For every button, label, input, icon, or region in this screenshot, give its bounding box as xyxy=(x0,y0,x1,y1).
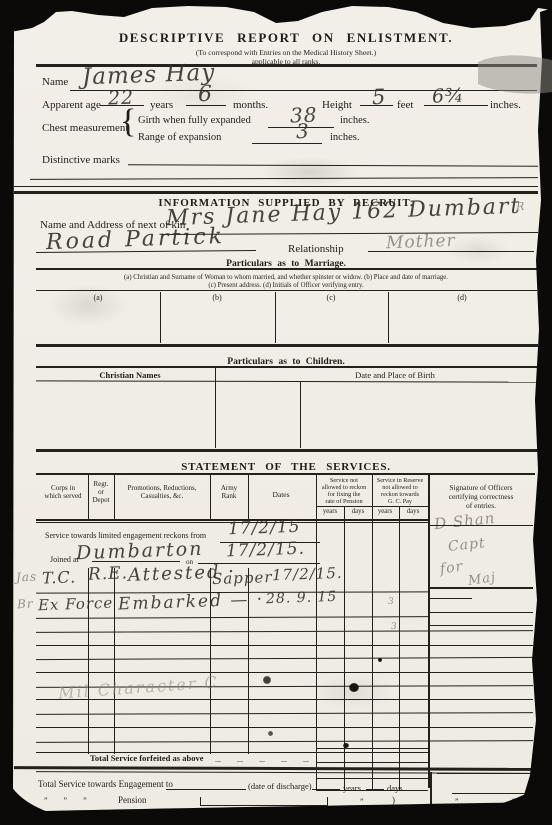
ruled-line xyxy=(36,672,533,673)
pension-fill-line-1 xyxy=(398,805,448,806)
children-header-rule xyxy=(36,380,537,382)
relationship-label: Relationship xyxy=(288,243,344,255)
forfeited-dots: ... ... ... ... ... xyxy=(215,755,309,764)
grid-line xyxy=(316,790,428,791)
pension-days-label: days xyxy=(352,508,364,515)
row1-corps: T.C. xyxy=(42,567,77,587)
row1-date: 17/2/15. xyxy=(272,564,343,584)
joined-date: 17/2/15. xyxy=(226,539,306,562)
pension-bracket-line xyxy=(200,805,327,806)
certifying-signature-3: for xyxy=(439,558,464,577)
children-bottom-rule xyxy=(36,449,538,452)
footer-days-label: days xyxy=(387,783,403,793)
engagement-fill-line xyxy=(166,789,246,790)
marriage-note-1: (a) Christian and Surname of Woman to wh… xyxy=(124,274,448,281)
row2-corps: Ex Force xyxy=(38,594,114,615)
marriage-note-2: (c) Present address. (d) Initials of Off… xyxy=(208,282,363,289)
services-header-corps: Corps in which served xyxy=(44,484,81,500)
footer-years-label: years xyxy=(343,783,361,793)
feet-underline xyxy=(360,105,393,106)
ruled-line xyxy=(36,740,533,743)
certifying-signature-1: D Shan xyxy=(433,509,496,533)
ruled-line xyxy=(36,657,533,660)
services-header-pension: Service not allowed to reckon for fixing… xyxy=(322,477,366,505)
joined-place-underline xyxy=(92,561,180,562)
divider-dates xyxy=(316,474,317,790)
scanned-enlistment-form: DESCRIPTIVE REPORT ON ENLISTMENT. (To co… xyxy=(0,0,552,825)
children-col-names: Christian Names xyxy=(99,370,160,380)
ink-blot xyxy=(378,658,382,662)
ink-blot xyxy=(268,731,273,736)
marriage-header-rule xyxy=(36,290,537,291)
pencil-mark-3b: 3 xyxy=(391,622,398,632)
reserve-days-label: days xyxy=(407,508,419,515)
children-top-rule xyxy=(36,366,537,368)
ruled-line xyxy=(36,712,533,715)
margin-pencil-mark: R xyxy=(516,200,526,213)
months-label: months. xyxy=(233,99,268,111)
divider-regt-header xyxy=(114,474,115,519)
marriage-col-a: (a) xyxy=(94,293,103,302)
months-underline xyxy=(186,105,226,106)
marriage-col-b: (b) xyxy=(212,293,221,302)
name-field-label: Name xyxy=(42,76,68,88)
form-title: DESCRIPTIVE REPORT ON ENLISTMENT. xyxy=(119,30,453,46)
row2-date: 28. 9. 15 xyxy=(266,589,338,607)
children-divider-1 xyxy=(215,367,216,448)
section-divider-thick xyxy=(14,191,538,194)
services-header-regt: Regt. or Depot xyxy=(92,480,109,504)
blank-line-2 xyxy=(14,186,538,187)
inches-underline xyxy=(424,105,488,106)
age-field-label: Apparent age xyxy=(42,99,101,111)
row2-promotion: Embarked — · xyxy=(118,589,265,614)
range-label: Range of expansion xyxy=(138,132,221,143)
torn-top-edge xyxy=(0,0,552,33)
marks-label: Distinctive marks xyxy=(42,154,120,166)
form-subtitle-1: (To correspond with Entries on the Medic… xyxy=(196,48,376,57)
pension-paren: ) xyxy=(392,795,395,805)
sig-line-2 xyxy=(430,587,533,589)
children-divider-2 xyxy=(300,382,301,448)
pencil-mark-3a: 3 xyxy=(388,597,395,607)
footer-right-line-2 xyxy=(452,793,547,794)
margin-note-2: Br xyxy=(17,597,34,612)
sig-line-5 xyxy=(430,625,533,626)
sig-line-3 xyxy=(430,598,472,599)
top-right-smudge xyxy=(478,55,552,93)
marriage-bottom-rule xyxy=(36,344,538,347)
bottom-right-corner xyxy=(468,778,552,825)
services-header-promotions: Promotions, Reductions, Casualties, &c. xyxy=(127,484,196,500)
marriage-divider-3 xyxy=(388,292,389,343)
girth-unit: inches. xyxy=(340,115,369,126)
years-label: years xyxy=(150,99,173,111)
pension-ditto-4: ” xyxy=(512,797,516,806)
services-header-reserve: Service in Reserve not allowed to reckon… xyxy=(377,477,423,505)
range-underline xyxy=(252,143,322,144)
discharge-fill-line xyxy=(312,789,340,790)
chest-label: Chest measurement xyxy=(42,122,128,134)
torn-right-edge xyxy=(524,8,552,800)
services-header-signature: Signature of Officers certifying correct… xyxy=(449,483,514,510)
black-left-strip xyxy=(0,30,14,815)
pension-label: Pension xyxy=(118,795,147,805)
sig-line-1 xyxy=(430,525,533,526)
inches-label: inches. xyxy=(490,99,521,111)
ink-blot xyxy=(263,676,271,684)
footer-rule-thick xyxy=(14,766,533,770)
height-label: Height xyxy=(322,99,352,111)
ruled-line xyxy=(36,630,533,633)
children-col-birth: Date and Place of Birth xyxy=(355,370,435,380)
pension-ditto-marks: ” ” ” xyxy=(44,796,87,805)
marriage-col-d: (d) xyxy=(457,293,466,302)
grid-line xyxy=(316,748,428,749)
pension-years-label: years xyxy=(323,508,337,515)
total-engagement-label: Total Service towards Engagement to xyxy=(38,779,173,789)
ink-blot xyxy=(349,683,359,692)
marks-underline xyxy=(128,164,538,166)
pension-bracket-right xyxy=(327,797,328,806)
grid-line xyxy=(316,778,428,779)
margin-note-1: Jas xyxy=(16,569,38,584)
ruled-line xyxy=(36,727,533,728)
ruled-line xyxy=(36,645,533,646)
reserve-years-label: years xyxy=(378,508,392,515)
name-field-value: James Hay xyxy=(82,60,216,91)
marriage-top-rule xyxy=(36,268,538,270)
blank-line-1 xyxy=(30,177,538,180)
months-value: 6 xyxy=(198,82,214,108)
pension-ditto-3: ” xyxy=(455,797,459,806)
marriage-divider-1 xyxy=(160,292,161,343)
marriage-col-c: (c) xyxy=(327,293,336,302)
row2-bottom-line xyxy=(36,616,428,619)
discharge-label: (date of discharge) xyxy=(248,781,312,791)
divider-promotions-header xyxy=(210,474,211,519)
pension-fill-line-2 xyxy=(462,805,505,806)
reserve-subrule xyxy=(373,506,428,507)
years-fill-line xyxy=(366,789,384,790)
services-top-rule xyxy=(36,473,535,475)
joined-at-label: Joined at xyxy=(50,555,79,564)
services-header-rank: Army Rank xyxy=(221,484,237,500)
feet-label: feet xyxy=(397,99,413,111)
range-value: 3 xyxy=(296,119,311,143)
ruled-line xyxy=(36,699,533,700)
name-underline xyxy=(70,90,537,91)
relationship-underline xyxy=(368,251,534,252)
pension-ditto-2: ” xyxy=(360,797,364,806)
divider-rank-header xyxy=(248,474,249,519)
engagement-reckons-date: 17/2/15 xyxy=(228,517,301,540)
footer-right-line-1 xyxy=(437,773,545,774)
services-header-dates: Dates xyxy=(272,490,289,499)
certifying-signature-2: Capt xyxy=(447,535,486,555)
chest-brace: { xyxy=(120,103,136,141)
girth-label: Girth when fully expanded xyxy=(138,115,251,126)
relationship-value: Mother xyxy=(386,231,456,253)
row1-rank: Sapper xyxy=(212,568,273,588)
marriage-divider-2 xyxy=(275,292,276,343)
divider-corps-header xyxy=(88,474,89,519)
grid-line xyxy=(316,762,428,763)
divider-pension-reserve xyxy=(372,474,373,790)
services-title: STATEMENT OF THE SERVICES. xyxy=(181,461,391,473)
row1-regt: R.E. xyxy=(88,563,129,584)
range-unit: inches. xyxy=(330,132,359,143)
forfeited-label: Total Service forfeited as above xyxy=(90,753,203,763)
sig-line-4 xyxy=(430,612,533,613)
